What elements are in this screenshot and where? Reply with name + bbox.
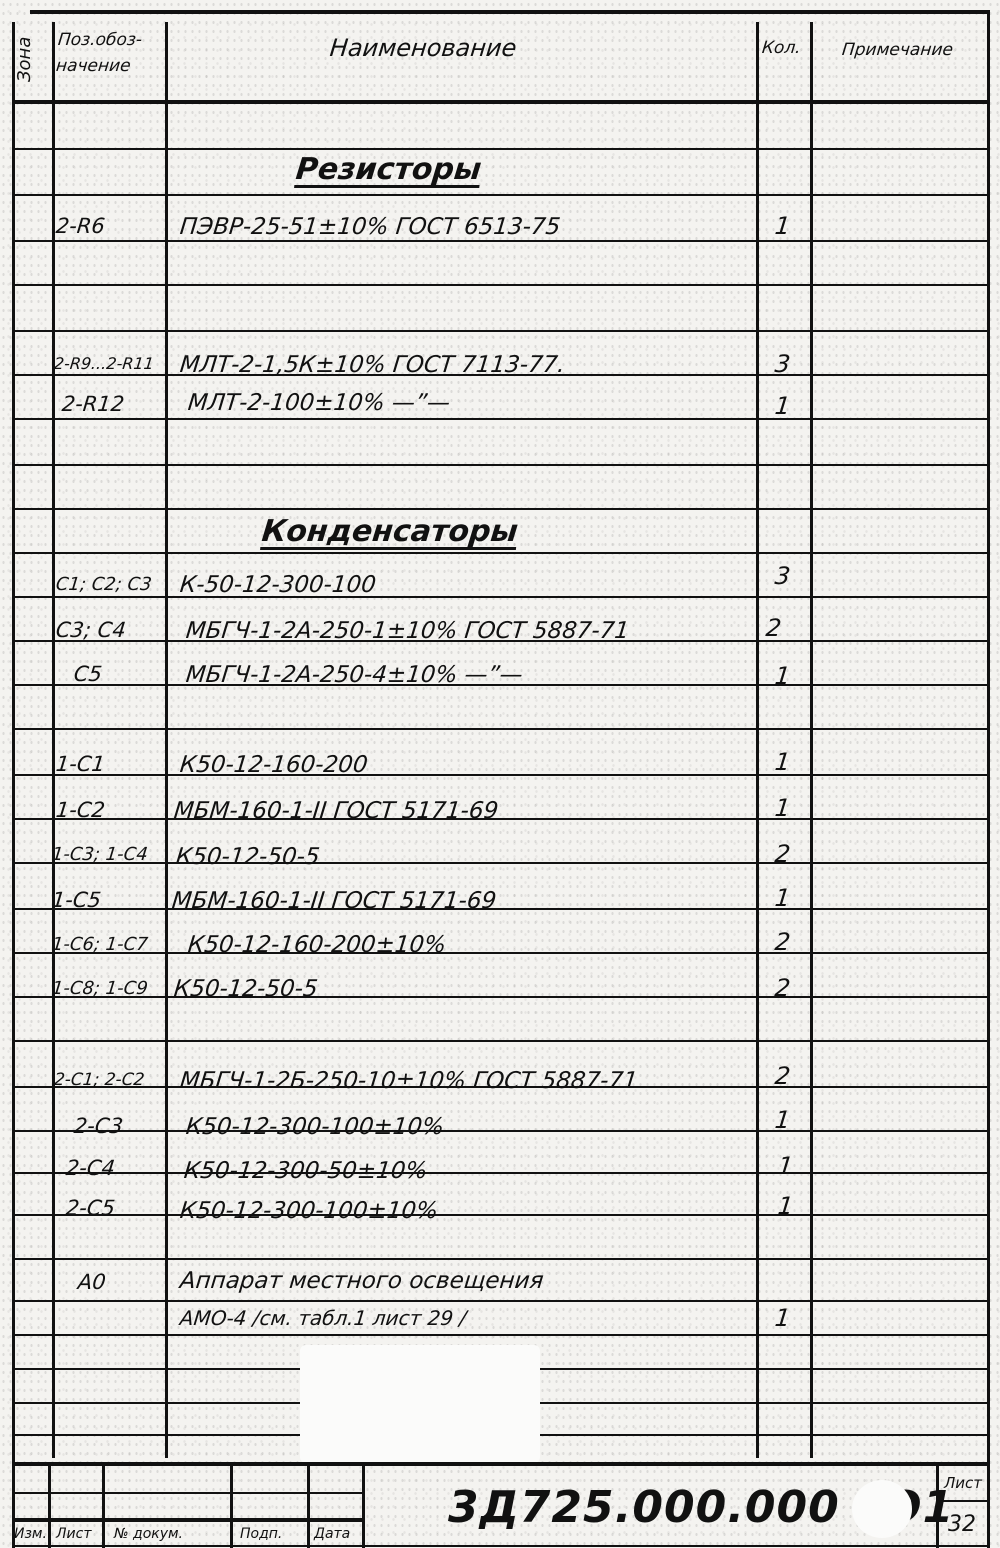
name-cell: К50-12-300-50±10% bbox=[183, 1158, 429, 1184]
column-divider-name bbox=[756, 22, 759, 1458]
position-cell: С3; С4 bbox=[55, 618, 127, 642]
title-block-divider bbox=[230, 1462, 233, 1548]
title-block-label-date: Дата bbox=[314, 1526, 350, 1542]
title-block-label-doc-number: № докум. bbox=[114, 1526, 183, 1542]
position-cell: С5 bbox=[73, 662, 104, 686]
quantity-cell: 1 bbox=[774, 794, 792, 822]
row-divider bbox=[12, 148, 988, 150]
title-block-row-line bbox=[12, 1492, 362, 1494]
row-divider bbox=[12, 1300, 988, 1302]
name-cell: Аппарат местного освещения bbox=[179, 1268, 545, 1294]
row-divider bbox=[12, 1040, 988, 1042]
header-position-line1: Поз.обоз- bbox=[57, 30, 143, 50]
row-divider bbox=[12, 908, 988, 910]
position-cell: А0 bbox=[77, 1270, 107, 1294]
frame-left-border bbox=[12, 22, 15, 1548]
frame-right-border bbox=[987, 12, 990, 1548]
quantity-cell: 1 bbox=[777, 1192, 795, 1220]
row-divider bbox=[12, 464, 988, 466]
name-cell: ПЭВР-25-51±10% ГОСТ 6513-75 bbox=[179, 214, 562, 240]
quantity-cell: 1 bbox=[774, 884, 792, 912]
name-cell: К50-12-300-100±10% bbox=[185, 1114, 446, 1140]
sheet-number: 32 bbox=[948, 1512, 976, 1537]
title-block-label-sheet: Лист bbox=[56, 1526, 91, 1542]
position-cell: 1-С2 bbox=[55, 798, 106, 822]
quantity-cell: 1 bbox=[777, 1152, 795, 1180]
header-zone: Зона bbox=[14, 37, 35, 82]
row-divider bbox=[12, 418, 988, 420]
frame-top-border bbox=[30, 10, 990, 14]
quantity-cell: 2 bbox=[774, 974, 792, 1002]
position-cell: 1-С1 bbox=[55, 752, 106, 776]
name-cell: МЛТ-2-100±10% —”— bbox=[187, 390, 452, 416]
header-note: Примечание bbox=[841, 40, 954, 60]
row-divider bbox=[12, 1172, 988, 1174]
erased-stamp bbox=[852, 1480, 912, 1538]
quantity-cell: 1 bbox=[774, 1106, 792, 1134]
section-title-resistors: Резисторы bbox=[294, 152, 483, 187]
quantity-cell: 1 bbox=[774, 392, 792, 420]
column-divider-quantity bbox=[810, 22, 813, 1458]
name-cell: К50-12-50-5 bbox=[175, 844, 321, 870]
position-cell: 2-R6 bbox=[55, 214, 106, 238]
row-divider bbox=[12, 774, 988, 776]
quantity-cell: 1 bbox=[774, 748, 792, 776]
row-divider bbox=[12, 194, 988, 196]
position-cell: 2-С1; 2-С2 bbox=[53, 1070, 146, 1090]
position-cell: С1; С2; С3 bbox=[55, 574, 153, 595]
name-cell: МБГЧ-1-2А-250-4±10% —”— bbox=[185, 662, 524, 688]
quantity-cell: 2 bbox=[774, 1062, 792, 1090]
quantity-cell: 3 bbox=[774, 562, 792, 590]
header-position-line2: начение bbox=[55, 56, 132, 76]
name-cell: К50-12-160-200 bbox=[179, 752, 369, 778]
position-cell: 2-R12 bbox=[61, 392, 126, 416]
position-cell: 1-С8; 1-С9 bbox=[51, 978, 149, 999]
quantity-cell: 1 bbox=[774, 212, 792, 240]
title-block-divider bbox=[307, 1462, 310, 1548]
title-block-label-change: Изм. bbox=[14, 1526, 47, 1542]
quantity-cell: 2 bbox=[774, 840, 792, 868]
header-name: Наименование bbox=[329, 34, 518, 62]
row-divider bbox=[12, 330, 988, 332]
row-divider bbox=[12, 1214, 988, 1216]
header-bottom-border bbox=[12, 100, 990, 104]
position-cell: 2-С3 bbox=[73, 1114, 124, 1138]
title-block-top-border bbox=[12, 1462, 990, 1466]
sheet-label: Лист bbox=[944, 1474, 982, 1492]
frame-bottom-border bbox=[12, 1545, 990, 1547]
title-block-divider bbox=[362, 1462, 365, 1548]
name-cell: МБГЧ-1-2Б-250-10±10% ГОСТ 5887-71 bbox=[179, 1068, 639, 1094]
name-cell: К-50-12-300-100 bbox=[179, 572, 378, 598]
name-cell: МБМ-160-1-II ГОСТ 5171-69 bbox=[171, 888, 498, 914]
position-cell: 2-С5 bbox=[65, 1196, 116, 1220]
row-divider bbox=[12, 818, 988, 820]
row-divider bbox=[12, 1130, 988, 1132]
position-cell: 2-R9...2-R11 bbox=[53, 354, 155, 373]
row-divider bbox=[12, 996, 988, 998]
position-cell: 1-С5 bbox=[51, 888, 102, 912]
name-cell: МБМ-160-1-II ГОСТ 5171-69 bbox=[173, 798, 500, 824]
row-divider bbox=[12, 952, 988, 954]
title-block-label-signature: Подп. bbox=[240, 1526, 282, 1542]
specification-sheet: Зона Поз.обоз- начение Наименование Кол.… bbox=[0, 0, 1000, 1548]
title-block-row-line bbox=[12, 1518, 362, 1522]
quantity-cell: 1 bbox=[774, 662, 792, 690]
position-cell: 2-С4 bbox=[65, 1156, 116, 1180]
row-divider bbox=[12, 240, 988, 242]
row-divider bbox=[12, 1258, 988, 1260]
row-divider bbox=[12, 552, 988, 554]
quantity-cell: 2 bbox=[774, 928, 792, 956]
name-cell: АМО-4 /см. табл.1 лист 29 / bbox=[179, 1306, 468, 1330]
name-cell: МЛТ-2-1,5К±10% ГОСТ 7113-77. bbox=[179, 352, 567, 378]
title-block-divider bbox=[48, 1462, 51, 1548]
row-divider bbox=[12, 284, 988, 286]
title-block-divider bbox=[102, 1462, 105, 1548]
name-cell: МБГЧ-1-2А-250-1±10% ГОСТ 5887-71 bbox=[185, 618, 631, 644]
row-divider bbox=[12, 508, 988, 510]
row-divider bbox=[12, 728, 988, 730]
name-cell: К50-12-300-100±10% bbox=[179, 1198, 440, 1224]
header-quantity: Кол. bbox=[761, 38, 802, 58]
position-cell: 1-С6; 1-С7 bbox=[51, 934, 149, 955]
row-divider bbox=[12, 1334, 988, 1336]
quantity-cell: 1 bbox=[774, 1304, 792, 1332]
quantity-cell: 3 bbox=[774, 350, 792, 378]
quantity-cell: 2 bbox=[765, 614, 783, 642]
row-divider bbox=[12, 862, 988, 864]
column-divider-position bbox=[165, 22, 168, 1458]
position-cell: 1-С3; 1-С4 bbox=[51, 844, 149, 865]
name-cell: К50-12-160-200±10% bbox=[187, 932, 448, 958]
row-divider bbox=[12, 596, 988, 598]
name-cell: К50-12-50-5 bbox=[173, 976, 319, 1002]
section-title-capacitors: Конденсаторы bbox=[260, 514, 519, 549]
erased-area bbox=[300, 1345, 540, 1463]
